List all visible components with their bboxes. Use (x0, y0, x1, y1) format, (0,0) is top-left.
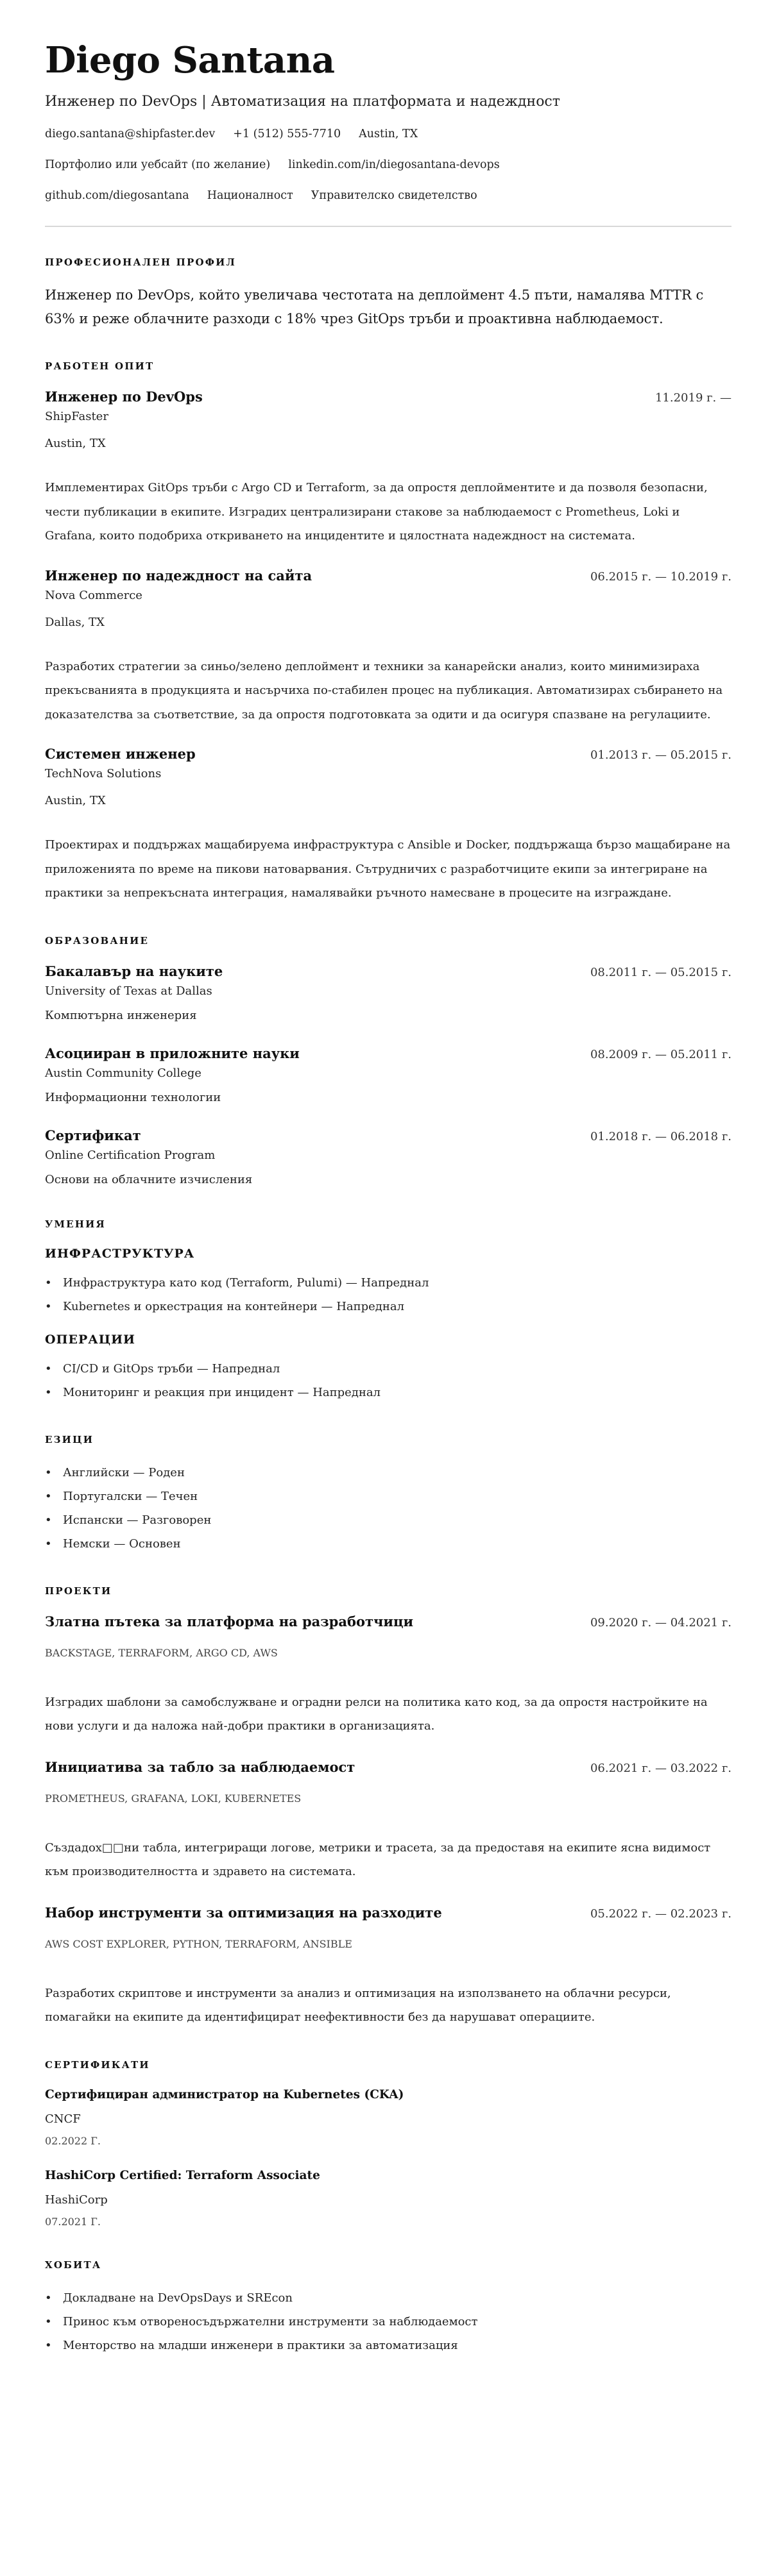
project-name: Набор инструменти за оптимизация на разх… (45, 1903, 442, 1923)
location: Austin, TX (359, 126, 418, 142)
project-name: Инициатива за табло за наблюдаемост (45, 1758, 355, 1777)
project-tech-stack: Backstage, Terraform, Argo CD, AWS (45, 1646, 732, 1661)
job-dates: 01.2013 г. — 05.2015 г. (590, 746, 732, 765)
linkedin-link[interactable]: linkedin.com/in/diegosantana-devops (288, 156, 499, 173)
job-location: Austin, TX (45, 435, 732, 453)
certification-date: 07.2021 г. (45, 2214, 732, 2230)
certification-issuer: HashiCorp (45, 2191, 732, 2209)
experience-entry: Инженер по DevOps11.2019 г. —ShipFasterA… (45, 387, 732, 548)
contact-row: Портфолио или уебсайт (по желание) linke… (45, 156, 732, 173)
experience-list: Инженер по DevOps11.2019 г. —ShipFasterA… (45, 387, 732, 905)
education-entry: Асоцииран в приложните науки08.2009 г. —… (45, 1044, 732, 1107)
school-name: Austin Community College (45, 1065, 732, 1082)
experience-entry: Инженер по надеждност на сайта06.2015 г.… (45, 566, 732, 727)
entry-header: Бакалавър на науките08.2011 г. — 05.2015… (45, 962, 732, 982)
skill-group: ИнфраструктураИнфраструктура като код (T… (45, 1245, 732, 1318)
project-tech-stack: AWS Cost Explorer, Python, Terraform, An… (45, 1937, 732, 1952)
education-dates: 08.2011 г. — 05.2015 г. (590, 963, 732, 982)
skills-section: Умения ИнфраструктураИнфраструктура като… (45, 1217, 732, 1404)
section-title: Хобита (45, 2258, 732, 2272)
job-title: Инженер по надеждност на сайта (45, 566, 312, 585)
degree-title: Сертификат (45, 1126, 141, 1145)
experience-section: Работен опит Инженер по DevOps11.2019 г.… (45, 359, 732, 905)
job-location: Dallas, TX (45, 614, 732, 632)
contact-row: github.com/diegosantana Националност Упр… (45, 187, 732, 204)
skill-group-title: Инфраструктура (45, 1245, 732, 1262)
job-title: Системен инженер (45, 745, 196, 764)
candidate-name: Diego Santana (45, 37, 732, 83)
portfolio-link[interactable]: Портфолио или уебсайт (по желание) (45, 156, 270, 173)
education-list: Бакалавър на науките08.2011 г. — 05.2015… (45, 962, 732, 1189)
certification-entry: HashiCorp Certified: Terraform Associate… (45, 2167, 732, 2230)
certification-name: HashiCorp Certified: Terraform Associate (45, 2167, 732, 2185)
resume-page: Diego Santana Инженер по DevOps | Автома… (0, 0, 770, 2383)
skill-group-title: Операции (45, 1331, 732, 1348)
profile-summary: Инженер по DevOps, който увеличава често… (45, 283, 732, 331)
language-item: Английски — Роден (45, 1461, 732, 1485)
project-description: Създадох□□ни табла, интегриращи логове, … (45, 1836, 732, 1884)
project-dates: 05.2022 г. — 02.2023 г. (590, 1905, 732, 1924)
project-entry: Златна пътека за платформа на разработчи… (45, 1612, 732, 1738)
job-description: Имплементирах GitOps тръби с Argo CD и T… (45, 476, 732, 548)
project-entry: Инициатива за табло за наблюдаемост06.20… (45, 1758, 732, 1884)
section-title: Сертификати (45, 2058, 732, 2072)
email-link[interactable]: diego.santana@shipfaster.dev (45, 126, 215, 142)
school-name: Online Certification Program (45, 1147, 732, 1165)
skill-list: CI/CD и GitOps тръби — НапредналМонитори… (45, 1357, 732, 1404)
company-name: ShipFaster (45, 408, 732, 426)
section-title: Образование (45, 934, 732, 948)
certifications-section: Сертификати Сертифициран администратор н… (45, 2058, 732, 2230)
education-dates: 08.2009 г. — 05.2011 г. (590, 1045, 732, 1065)
project-dates: 06.2021 г. — 03.2022 г. (590, 1759, 732, 1778)
entry-header: Инженер по DevOps11.2019 г. — (45, 387, 732, 408)
education-dates: 01.2018 г. — 06.2018 г. (590, 1127, 732, 1147)
degree-title: Бакалавър на науките (45, 962, 223, 981)
phone-number[interactable]: +1 (512) 555-7710 (233, 126, 341, 142)
job-dates: 06.2015 г. — 10.2019 г. (590, 568, 732, 587)
hobbies-list: Докладване на DevOpsDays и SREconПринос … (45, 2286, 732, 2357)
section-title: Работен опит (45, 359, 732, 373)
section-title: Професионален профил (45, 255, 732, 269)
language-item: Испански — Разговорен (45, 1508, 732, 1532)
education-entry: Бакалавър на науките08.2011 г. — 05.2015… (45, 962, 732, 1025)
driving-license: Управителско свидетелство (311, 187, 477, 204)
section-title: Езици (45, 1433, 732, 1447)
header-divider (45, 226, 732, 227)
hobby-item: Принос към отвореносъдържателни инструме… (45, 2310, 732, 2334)
projects-list: Златна пътека за платформа на разработчи… (45, 1612, 732, 2030)
profile-section: Професионален профил Инженер по DevOps, … (45, 255, 732, 331)
skill-list: Инфраструктура като код (Terraform, Pulu… (45, 1271, 732, 1318)
job-description: Проектирах и поддържах мащабируема инфра… (45, 833, 732, 905)
certifications-list: Сертифициран администратор на Kubernetes… (45, 2086, 732, 2230)
skill-item: Kubernetes и оркестрация на контейнери —… (45, 1295, 732, 1318)
projects-section: Проекти Златна пътека за платформа на ра… (45, 1584, 732, 2030)
languages-list: Английски — РоденПортугалски — ТеченИспа… (45, 1461, 732, 1556)
entry-header: Инженер по надеждност на сайта06.2015 г.… (45, 566, 732, 587)
language-item: Португалски — Течен (45, 1485, 732, 1508)
entry-header: Инициатива за табло за наблюдаемост06.20… (45, 1758, 732, 1778)
certification-issuer: CNCF (45, 2110, 732, 2128)
skill-group: ОперацииCI/CD и GitOps тръби — Напреднал… (45, 1331, 732, 1404)
company-name: TechNova Solutions (45, 765, 732, 783)
hobbies-section: Хобита Докладване на DevOpsDays и SREcon… (45, 2258, 732, 2357)
company-name: Nova Commerce (45, 587, 732, 605)
degree-title: Асоцииран в приложните науки (45, 1044, 300, 1063)
hobby-item: Докладване на DevOpsDays и SREcon (45, 2286, 732, 2310)
education-section: Образование Бакалавър на науките08.2011 … (45, 934, 732, 1189)
skill-item: CI/CD и GitOps тръби — Напреднал (45, 1357, 732, 1381)
job-dates: 11.2019 г. — (655, 389, 732, 408)
entry-header: Системен инженер01.2013 г. — 05.2015 г. (45, 745, 732, 765)
project-dates: 09.2020 г. — 04.2021 г. (590, 1613, 732, 1633)
field-of-study: Информационни технологии (45, 1089, 732, 1107)
field-of-study: Компютърна инженерия (45, 1007, 732, 1025)
section-title: Умения (45, 1217, 732, 1231)
languages-section: Езици Английски — РоденПортугалски — Теч… (45, 1433, 732, 1556)
project-entry: Набор инструменти за оптимизация на разх… (45, 1903, 732, 2030)
project-tech-stack: Prometheus, Grafana, Loki, Kubernetes (45, 1791, 732, 1806)
resume-header: Diego Santana Инженер по DevOps | Автома… (45, 37, 732, 227)
language-item: Немски — Основен (45, 1532, 732, 1556)
candidate-headline: Инженер по DevOps | Автоматизация на пла… (45, 92, 732, 112)
entry-header: Асоцииран в приложните науки08.2009 г. —… (45, 1044, 732, 1065)
job-description: Разработих стратегии за синьо/зелено деп… (45, 655, 732, 727)
contact-row: diego.santana@shipfaster.dev +1 (512) 55… (45, 126, 732, 142)
job-title: Инженер по DevOps (45, 387, 203, 407)
experience-entry: Системен инженер01.2013 г. — 05.2015 г.T… (45, 745, 732, 905)
education-entry: Сертификат01.2018 г. — 06.2018 г.Online … (45, 1126, 732, 1189)
skills-list: ИнфраструктураИнфраструктура като код (T… (45, 1245, 732, 1404)
school-name: University of Texas at Dallas (45, 982, 732, 1000)
certification-date: 02.2022 г. (45, 2134, 732, 2149)
nationality: Националност (207, 187, 293, 204)
skill-item: Мониторинг и реакция при инцидент — Напр… (45, 1381, 732, 1404)
hobby-item: Менторство на младши инженери в практики… (45, 2334, 732, 2357)
project-description: Разработих скриптове и инструменти за ан… (45, 1982, 732, 2030)
entry-header: Сертификат01.2018 г. — 06.2018 г. (45, 1126, 732, 1147)
certification-entry: Сертифициран администратор на Kubernetes… (45, 2086, 732, 2149)
skill-item: Инфраструктура като код (Terraform, Pulu… (45, 1271, 732, 1295)
field-of-study: Основи на облачните изчисления (45, 1171, 732, 1189)
certification-name: Сертифициран администратор на Kubernetes… (45, 2086, 732, 2104)
entry-header: Златна пътека за платформа на разработчи… (45, 1612, 732, 1633)
entry-header: Набор инструменти за оптимизация на разх… (45, 1903, 732, 1924)
github-link[interactable]: github.com/diegosantana (45, 187, 189, 204)
job-location: Austin, TX (45, 792, 732, 810)
section-title: Проекти (45, 1584, 732, 1598)
project-name: Златна пътека за платформа на разработчи… (45, 1612, 413, 1631)
project-description: Изградих шаблони за самобслужване и огра… (45, 1690, 732, 1738)
